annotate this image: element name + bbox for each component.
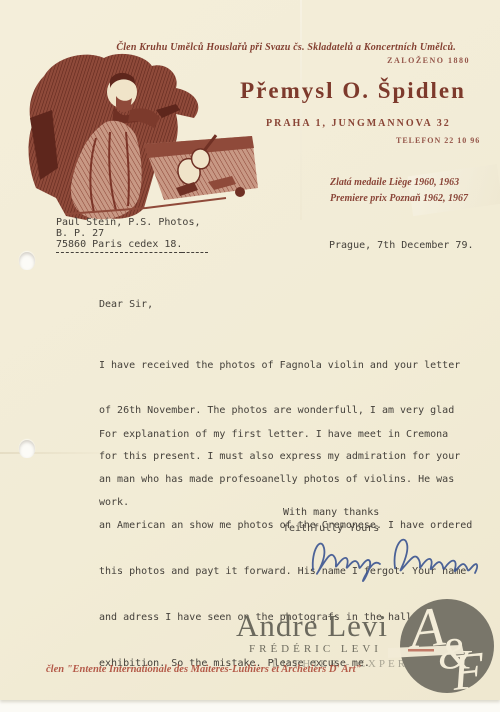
stamp-membership-line: člen "Entente Internationale des Maitere… [46,664,416,675]
typed-underline-tail [182,243,208,253]
recipient-line-3: 75860 Paris cedex 18. [56,240,208,253]
red-smudge [408,649,434,652]
body-line: I have received the photos of Fagnola vi… [99,358,460,373]
punch-hole-top [19,252,35,270]
letterhead-address: PRAHA 1, JUNGMANNOVA 32 [266,118,451,129]
salutation: Dear Sir, [99,299,153,310]
letter-paper: Člen Kruhu Umělců Houslařů při Svazu čs.… [0,0,500,700]
letterhead-member-line: Člen Kruhu Umělců Houslařů při Svazu čs.… [100,42,456,53]
letterhead-award-2: Premiere prix Poznaň 1962, 1967 [330,193,468,204]
letterhead-telephone: TELEFON 22 10 96 [396,136,480,145]
stamp-dealer-name: Andre Levi [236,608,388,644]
recipient-address: Paul Stein, P.S. Photos, B. P. 27 75860 … [56,218,208,253]
paper-crease [408,164,500,216]
paper-crease [300,0,302,220]
body-line: For explanation of my first letter. I ha… [99,427,472,442]
letterhead-founded: ZALOŽENO 1880 [387,56,470,65]
closing-line-1: With many thanks [283,505,379,521]
stamp-dealer-name-2: FRÉDÉRIC LEVI [249,643,382,655]
dateline: Prague, 7th December 79. [329,240,474,251]
handwritten-signature [303,528,483,586]
scanned-letter: Člen Kruhu Umělců Houslařů při Svazu čs.… [0,0,500,712]
body-line: an man who has made profesoanelly photos… [99,472,472,487]
luthier-engraving-illustration [26,48,262,224]
letterhead-maker-name: Přemysl O. Špidlen [238,78,468,104]
letterhead-award-1: Zlatá medaile Liège 1960, 1963 [330,177,459,188]
af-monogram-logo: A & F [398,596,498,698]
punch-hole-bottom [19,440,35,458]
